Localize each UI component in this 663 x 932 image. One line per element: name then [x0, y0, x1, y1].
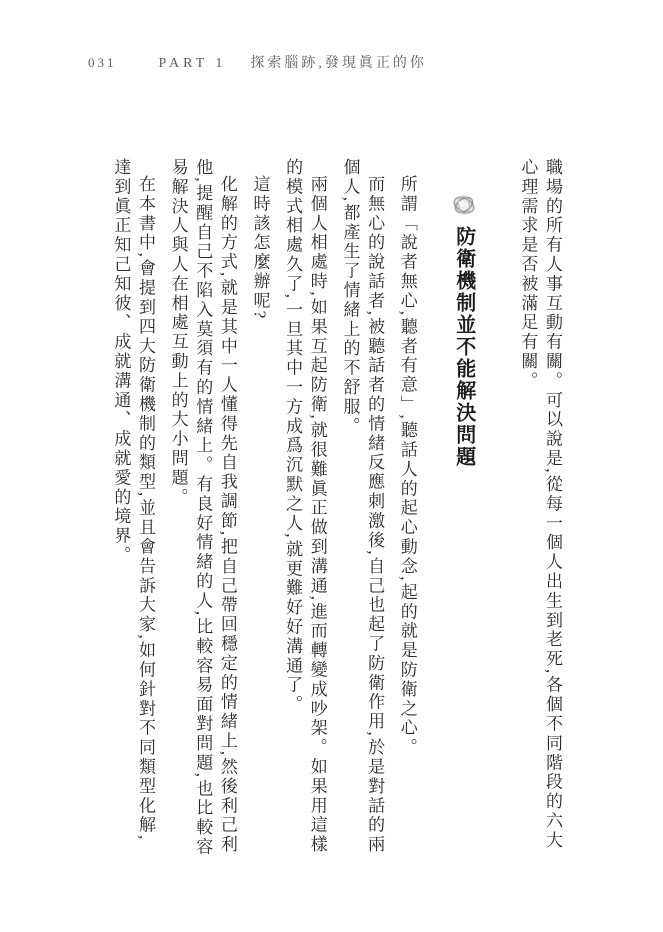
body-paragraph: 而無心的說話者,被聽話者的情緒反應刺激後,自己也起了防衛作用,於是對話的兩個人,… [337, 158, 386, 860]
body-paragraph: 所謂「說者無心,聽者有意」,聽話人的起心動念,起的就是防衛之心。 [394, 158, 419, 860]
section-title: 防衛機制並不能解決問題 [451, 158, 477, 860]
book-page: 031 PART 1 探索腦跡,發現眞正的你 職場的所有人事互動有關。可以說是,… [0, 0, 663, 932]
part-title: 探索腦跡,發現眞正的你 [250, 52, 427, 72]
body-text-area: 職場的所有人事互動有關。可以說是,從每一個人出生到老死,各個不同階段的六大心理需… [108, 158, 564, 860]
part-label: PART 1 [159, 56, 227, 72]
intro-continuation-paragraph: 職場的所有人事互動有關。可以說是,從每一個人出生到老死,各個不同階段的六大心理需… [515, 158, 564, 860]
running-header: 031 PART 1 探索腦跡,發現眞正的你 [88, 52, 427, 72]
section-title-text: 防衛機制並不能解決問題 [453, 226, 475, 468]
body-paragraph: 兩個人相處時,如果互起防衛,就很難眞正做到溝通,進而轉變成吵架。如果用這樣的模式… [280, 158, 329, 860]
body-paragraph: 這時該怎麼辦呢? [247, 158, 272, 860]
scribble-ball-icon [451, 192, 477, 218]
body-paragraph: 在本書中,會提到四大防衛機制的類型,並且會告訴大家,如何針對不同類型化解,達到眞… [108, 158, 157, 860]
page-number: 031 [88, 55, 117, 71]
body-paragraph: 化解的方式,就是其中一人懂得先自我調節,把自己帶回穩定的情緒上,然後利己利他,提… [165, 158, 239, 860]
